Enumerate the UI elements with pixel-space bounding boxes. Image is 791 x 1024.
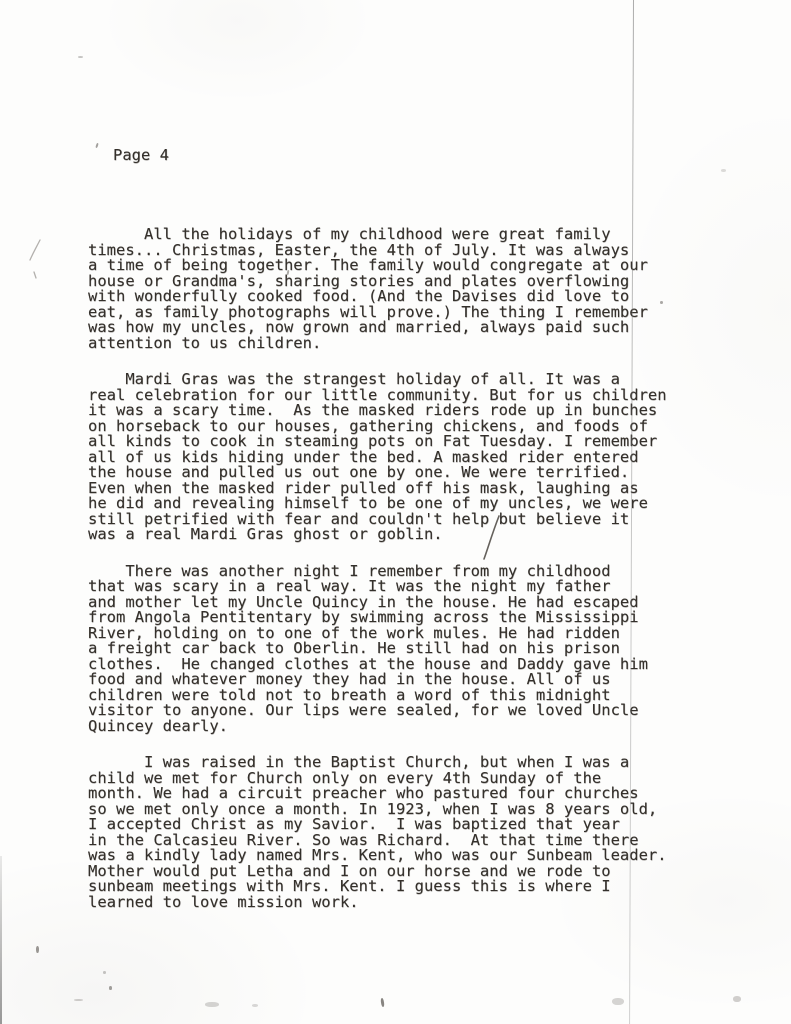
margin-pencil-mark — [24, 238, 44, 280]
scan-speck — [612, 998, 624, 1005]
scan-speck — [95, 143, 98, 148]
scan-speck — [74, 999, 83, 1001]
paragraph-holidays: All the holidays of my childhood were gr… — [88, 227, 667, 351]
handwritten-slash-mark — [480, 512, 508, 562]
scan-speck — [205, 1002, 219, 1007]
scan-speck — [733, 996, 741, 1002]
paragraph-mardi-gras: Mardi Gras was the strangest holiday of … — [88, 372, 667, 543]
paragraph-uncle-quincy: There was another night I remember from … — [88, 564, 667, 735]
paragraph-baptist-church: I was raised in the Baptist Church, but … — [88, 755, 667, 910]
scan-edge-shadow — [0, 856, 2, 1024]
scan-speck — [721, 169, 726, 172]
scan-speck — [109, 986, 112, 990]
page-number-label: Page 4 — [113, 148, 169, 164]
scan-speck — [36, 946, 39, 953]
scan-speck — [78, 56, 83, 58]
document-text: All the holidays of my childhood were gr… — [88, 227, 667, 910]
scan-speck — [103, 971, 106, 974]
scan-speck — [660, 301, 663, 304]
scan-speck — [252, 1004, 258, 1007]
scan-speck — [380, 998, 384, 1007]
scanned-document-page: { "doc": { "page_label": "Page 4", "para… — [0, 0, 791, 1024]
